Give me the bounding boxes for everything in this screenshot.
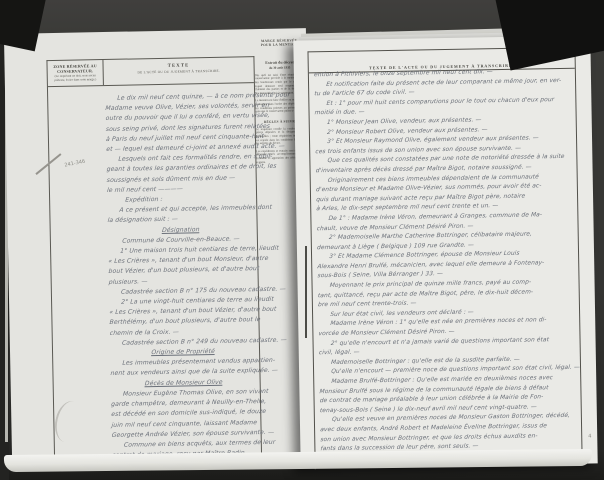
- left-page-header-row: ZONE RÉSERVÉE AU CONSERVATEUR. (Le requé…: [47, 57, 253, 87]
- right-register-page: TEXTE DE L'ACTE OU DU JUGEMENT À TRANSCR…: [293, 35, 597, 468]
- scanned-register-spread: ZONE RÉSERVÉE AU CONSERVATEUR. (Le requé…: [0, 0, 604, 480]
- conservator-zone-cell: ZONE RÉSERVÉE AU CONSERVATEUR. (Le requé…: [47, 60, 103, 86]
- acte-text-subtitle: DE L'ACTE OU DU JUGEMENT À TRANSCRIRE.: [104, 68, 254, 75]
- left-page-handwriting-column: Le dix mil neuf cent quinze, — à ce nom …: [105, 91, 258, 461]
- gutter-crease-shadow: [305, 246, 307, 338]
- acte-text-header-cell: TEXTE DE L'ACTE OU DU JUGEMENT À TRANSCR…: [103, 57, 253, 85]
- conservator-zone-note: (Le requérant ne doit, sous aucun prétex…: [48, 74, 103, 83]
- right-page-handwriting-column: ention à Pithiviers, le onze septembre m…: [314, 67, 579, 455]
- left-register-page: ZONE RÉSERVÉE AU CONSERVATEUR. (Le requé…: [4, 28, 314, 462]
- page-corner-pencil-mark: 4: [588, 433, 591, 439]
